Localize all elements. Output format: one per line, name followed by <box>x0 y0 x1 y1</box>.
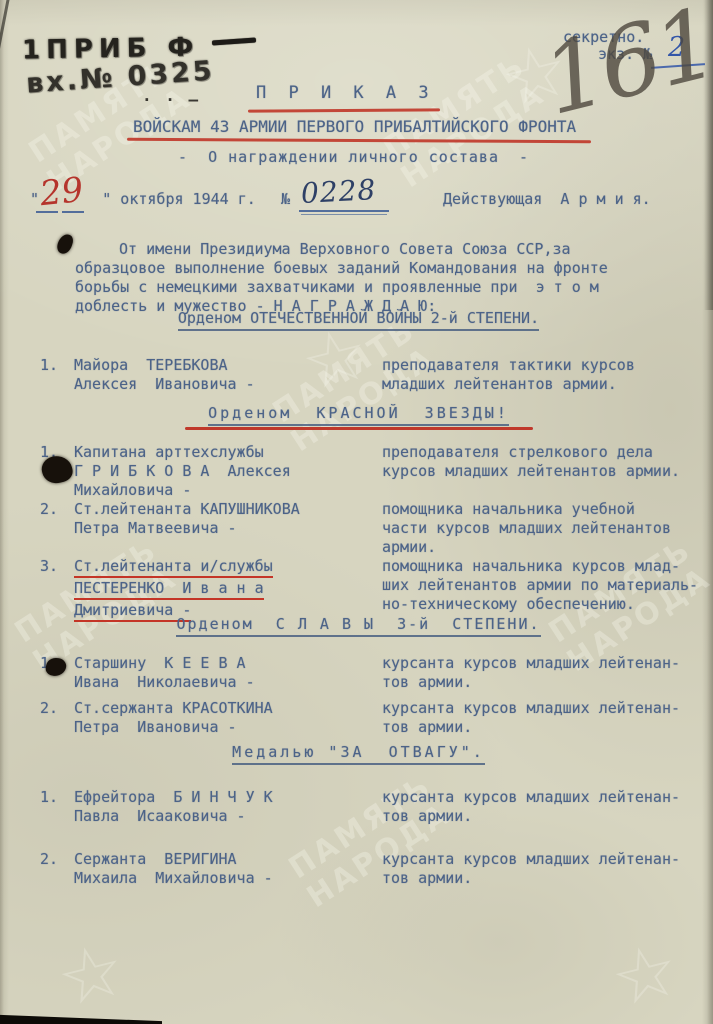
name-line: Ст.лейтенанта КАПУШНИКОВА <box>74 500 382 519</box>
section-heading: Орденом КРАСНОЙ ЗВЕЗДЫ! <box>40 403 677 423</box>
scan-edge-shadow <box>0 1011 162 1024</box>
item-number: 3. <box>40 557 74 576</box>
award-item: 2. Сержанта ВЕРИГИНА Михаила Михайловича… <box>40 850 677 888</box>
number-sign: № <box>281 190 290 209</box>
item-description: помощника начальника курсов млад- ших ле… <box>382 557 698 614</box>
item-name: Сержанта ВЕРИГИНА Михаила Михайловича - <box>74 850 382 888</box>
preamble: От имени Президиума Верховного Совета Со… <box>75 240 640 316</box>
pen-underline <box>301 214 387 215</box>
desc-line: но-техническому обеспечению. <box>382 595 698 614</box>
order-subject: - О награждении личного состава - <box>178 148 529 167</box>
award-item: 1. Старшину К Е Е В А Ивана Николаевича … <box>40 654 677 692</box>
item-description: помощника начальника учебной части курсо… <box>382 500 677 557</box>
item-number: 2. <box>40 850 74 869</box>
order-number-handwritten: 0228 <box>300 173 377 210</box>
name-line: Ефрейтора Б И Н Ч У К <box>74 788 382 807</box>
desc-line: армии. <box>382 538 677 557</box>
item-name: Капитана арттехслужбы Г Р И Б К О В А Ал… <box>74 443 382 500</box>
date-day-handwritten: 29 <box>38 170 85 214</box>
award-item: 1. Майора ТЕРЕБКОВА Алексея Ивановича - … <box>40 356 677 394</box>
section-heading: Орденом ОТЕЧЕСТВЕННОЙ ВОЙНЫ 2-й СТЕПЕНИ. <box>40 308 677 328</box>
scan-edge-shadow <box>0 0 4 1024</box>
section-heading-text: Медалью "ЗА ОТВАГУ". <box>232 743 485 765</box>
desc-line: преподавателя тактики курсов <box>382 356 677 375</box>
item-description: курсанта курсов младших лейтенан- тов ар… <box>382 788 680 826</box>
section-heading-text: Орденом С Л А В Ы 3-й СТЕПЕНИ. <box>176 615 540 637</box>
item-description: курсанта курсов младших лейтенан- тов ар… <box>382 654 680 692</box>
red-underline <box>185 427 533 430</box>
name-line: Ст.лейтенанта и/службы <box>74 557 273 578</box>
desc-line: курсанта курсов младших лейтенан- <box>382 654 680 673</box>
desc-line: ших лейтенантов армии по материаль- <box>382 576 698 595</box>
red-underline <box>248 108 440 112</box>
desc-line: тов армии. <box>382 673 680 692</box>
pen-dots-mark: · · — <box>142 90 200 109</box>
item-description: преподавателя тактики курсов младших лей… <box>382 356 677 394</box>
award-item: 1. Ефрейтора Б И Н Ч У К Павла Исаакович… <box>40 788 677 826</box>
pen-underline <box>36 211 58 213</box>
name-line: Капитана арттехслужбы <box>74 443 382 462</box>
star-watermark-icon: ☆ <box>604 931 686 1019</box>
name-line: Павла Исааковича - <box>74 807 382 826</box>
desc-line: тов армии. <box>382 718 680 737</box>
army-label: Действующая А р м и я. <box>443 190 651 209</box>
section-heading-text: Орденом ОТЕЧЕСТВЕННОЙ ВОЙНЫ 2-й СТЕПЕНИ. <box>178 309 539 331</box>
name-line: Михайловича - <box>74 481 382 500</box>
desc-line: помощника начальника курсов млад- <box>382 557 698 576</box>
desc-line: курсанта курсов младших лейтенан- <box>382 850 680 869</box>
item-name: Ст.лейтенанта КАПУШНИКОВА Петра Матвееви… <box>74 500 382 538</box>
preamble-line: От имени Президиума Верховного Совета Со… <box>75 240 640 259</box>
desc-line: части курсов младших лейтенантов <box>382 519 677 538</box>
item-number: 1. <box>40 356 74 375</box>
award-item: 2. Ст.сержанта КРАСОТКИНА Петра Иванович… <box>40 699 677 737</box>
name-line: Ст.сержанта КРАСОТКИНА <box>74 699 382 718</box>
name-line: Сержанта ВЕРИГИНА <box>74 850 382 869</box>
scanned-order-document: ПАМЯТЬ НАРОДА ПАМЯТЬ НАРОДА ПАМЯТЬ НАРОД… <box>0 0 713 1024</box>
desc-line: помощника начальника учебной <box>382 500 677 519</box>
name-line: Михаила Михайловича - <box>74 869 382 888</box>
desc-line: курсанта курсов младших лейтенан- <box>382 788 680 807</box>
item-description: курсанта курсов младших лейтенан- тов ар… <box>382 850 680 888</box>
award-section-medal-for-courage: Медалью "ЗА ОТВАГУ". 1. Ефрейтора Б И Н … <box>40 742 677 888</box>
preamble-line: образцовое выполнение боевых заданий Ком… <box>75 259 640 278</box>
desc-line: преподавателя стрелкового дела <box>382 443 680 462</box>
item-description: курсанта курсов младших лейтенан- тов ар… <box>382 699 680 737</box>
award-section-red-star: Орденом КРАСНОЙ ЗВЕЗДЫ! 1. Капитана артт… <box>40 403 677 623</box>
item-number: 1. <box>40 788 74 807</box>
name-line: Петра Матвеевича - <box>74 519 382 538</box>
name-line: Майора ТЕРЕБКОВА <box>74 356 382 375</box>
award-section-patriotic-war: Орденом ОТЕЧЕСТВЕННОЙ ВОЙНЫ 2-й СТЕПЕНИ.… <box>40 308 677 394</box>
name-line: Старшину К Е Е В А <box>74 654 382 673</box>
pen-underline <box>299 210 389 212</box>
name-line: ПЕСТЕРЕНКО И в а н а <box>74 579 264 600</box>
section-heading: Орденом С Л А В Ы 3-й СТЕПЕНИ. <box>40 614 677 634</box>
desc-line: младших лейтенантов армии. <box>382 375 677 394</box>
award-item: 1. Капитана арттехслужбы Г Р И Б К О В А… <box>40 443 677 500</box>
item-number: 2. <box>40 699 74 718</box>
item-number: 2. <box>40 500 74 519</box>
item-name: Майора ТЕРЕБКОВА Алексея Ивановича - <box>74 356 382 394</box>
award-item: 2. Ст.лейтенанта КАПУШНИКОВА Петра Матве… <box>40 500 677 557</box>
order-title: П Р И К А З <box>256 84 435 103</box>
award-section-glory: Орденом С Л А В Ы 3-й СТЕПЕНИ. 1. Старши… <box>40 614 677 737</box>
desc-line: тов армии. <box>382 869 680 888</box>
section-heading-text: Орденом КРАСНОЙ ЗВЕЗДЫ! <box>208 404 509 426</box>
item-name: Старшину К Е Е В А Ивана Николаевича - <box>74 654 382 692</box>
desc-line: тов армии. <box>382 807 680 826</box>
order-subtitle: ВОЙСКАМ 43 АРМИИ ПЕРВОГО ПРИБАЛТИЙСКОГО … <box>133 117 576 136</box>
pen-dash-mark <box>212 37 256 45</box>
pen-underline <box>62 211 84 213</box>
preamble-line: борьбы с немецкими захватчиками и проявл… <box>75 278 640 297</box>
item-name: Ст.сержанта КРАСОТКИНА Петра Ивановича - <box>74 699 382 737</box>
name-line: Ивана Николаевича - <box>74 673 382 692</box>
desc-line: курсанта курсов младших лейтенан- <box>382 699 680 718</box>
section-heading: Медалью "ЗА ОТВАГУ". <box>40 742 677 762</box>
item-name: Ефрейтора Б И Н Ч У К Павла Исааковича - <box>74 788 382 826</box>
punch-hole <box>55 232 74 255</box>
name-line: Г Р И Б К О В А Алексея <box>74 462 382 481</box>
item-description: преподавателя стрелкового дела курсов мл… <box>382 443 680 481</box>
name-line: Петра Ивановича - <box>74 718 382 737</box>
name-line: Алексея Ивановича - <box>74 375 382 394</box>
desc-line: курсов младших лейтенантов армии. <box>382 462 680 481</box>
red-underline <box>127 138 591 143</box>
star-watermark-icon: ☆ <box>50 931 132 1019</box>
